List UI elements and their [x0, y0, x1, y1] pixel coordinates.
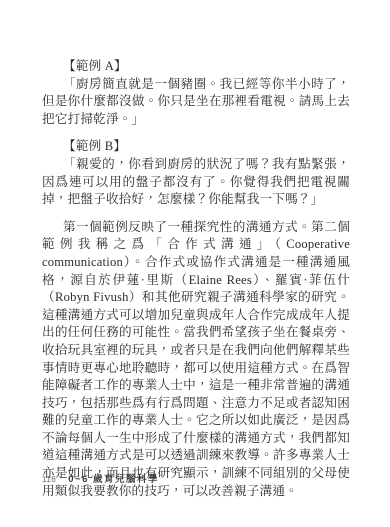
- example-a-label: 【範例 A】: [42, 58, 350, 76]
- page-content: 【範例 A】 「廚房簡直就是一個豬圈。我已經等你半小時了，但是你什麼都沒做。你只…: [42, 58, 350, 500]
- book-page: 【範例 A】 「廚房簡直就是一個豬圈。我已經等你半小時了，但是你什麼都沒做。你只…: [0, 0, 390, 527]
- example-a-section: 【範例 A】 「廚房簡直就是一個豬圈。我已經等你半小時了，但是你什麼都沒做。你只…: [42, 58, 350, 128]
- body-paragraph: 第一個範例反映了一種探究性的溝通方式。第二個範例我稱之爲「合作式溝通」（Coop…: [42, 219, 350, 501]
- example-a-quote: 「廚房簡直就是一個豬圈。我已經等你半小時了，但是你什麼都沒做。你只是坐在那裡看電…: [42, 76, 350, 129]
- example-b-quote: 「親愛的，你看到廚房的狀況了嗎？我有點緊張，因爲連可以用的盤子都沒有了。你覺得我…: [42, 156, 350, 209]
- example-b-label: 【範例 B】: [42, 138, 350, 156]
- example-b-section: 【範例 B】 「親愛的，你看到廚房的狀況了嗎？我有點緊張，因爲連可以用的盤子都沒…: [42, 138, 350, 208]
- page-footer: 116 0~6 歲育兒腦科學: [42, 471, 159, 485]
- page-number: 116: [42, 475, 56, 484]
- book-title: 0~6 歲育兒腦科學: [68, 471, 159, 485]
